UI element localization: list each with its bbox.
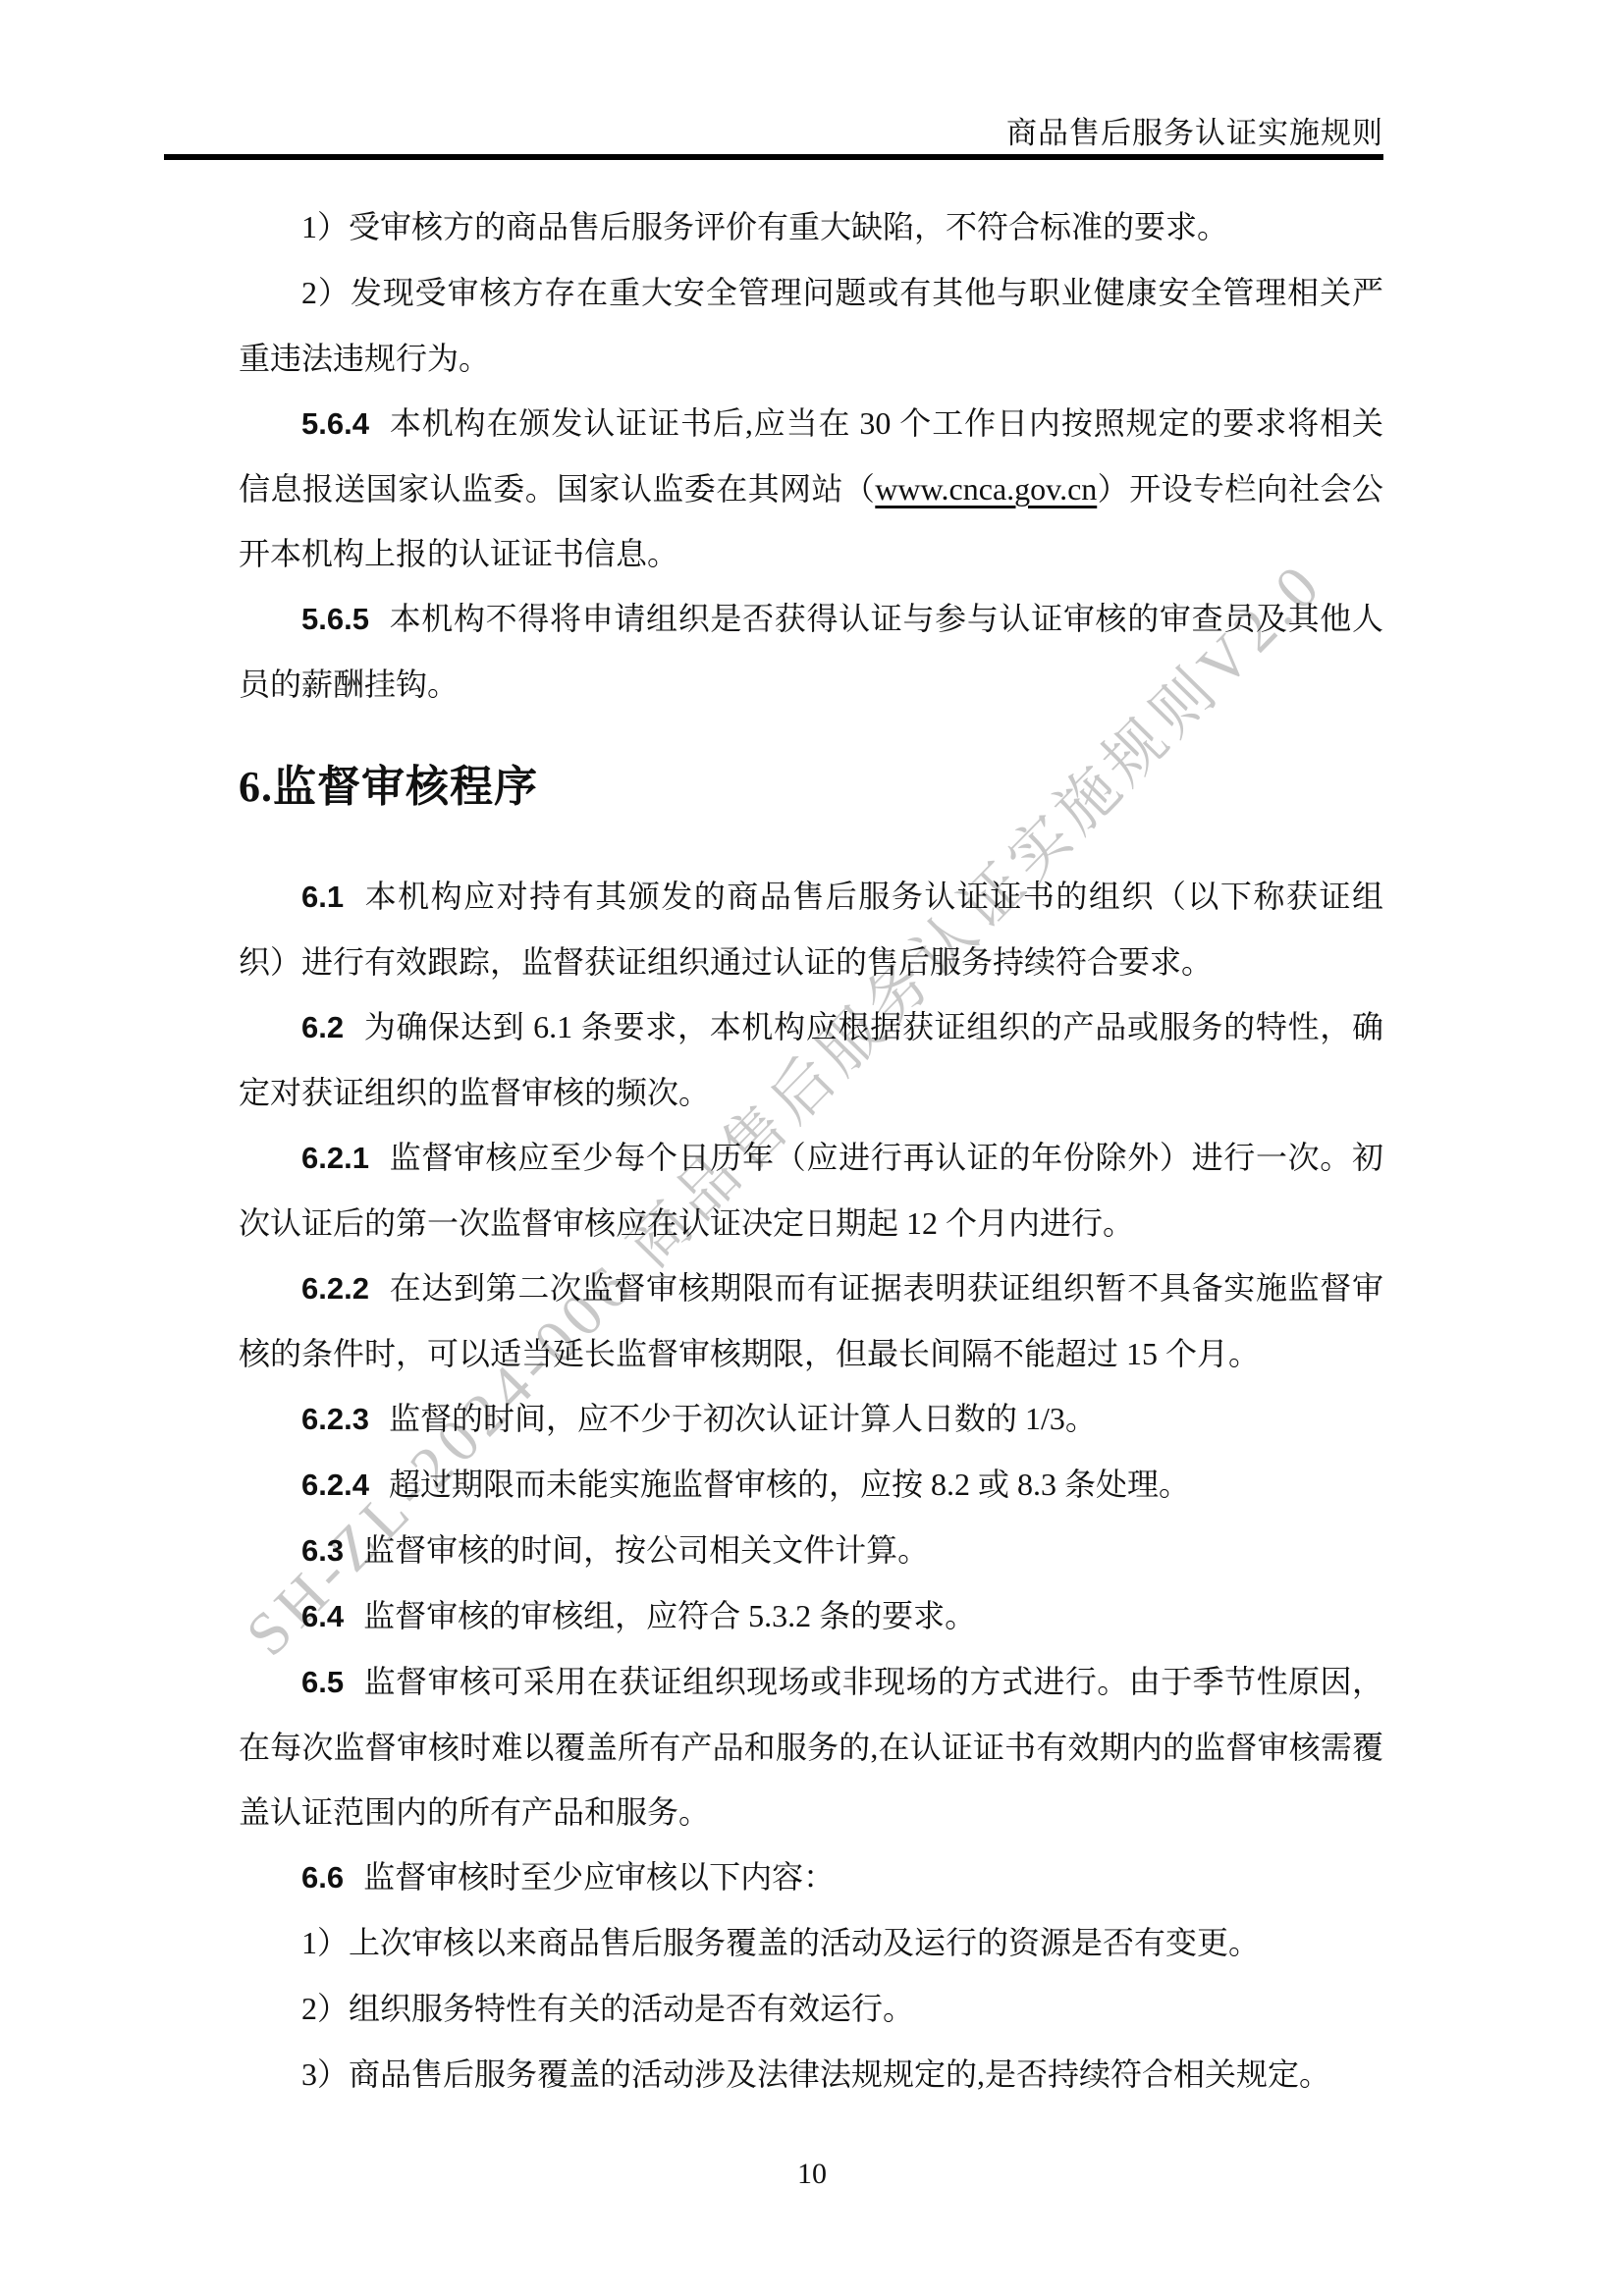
paragraph: 6.2.2 在达到第二次监督审核期限而有证据表明获证组织暂不具备实施监督审核的条… [239, 1255, 1383, 1386]
paragraph: 2）发现受审核方存在重大安全管理问题或有其他与职业健康安全管理相关严重违法违规行… [239, 260, 1383, 391]
clause-number: 6.2.4 [301, 1468, 369, 1502]
paragraph-text: 在达到第二次监督审核期限而有证据表明获证组织暂不具备实施监督审核的条件时，可以适… [239, 1270, 1383, 1371]
paragraph: 6.6 监督审核时至少应审核以下内容： [239, 1844, 1383, 1910]
clause-number: 6.6 [301, 1860, 344, 1895]
clause-number: 6.4 [301, 1599, 344, 1633]
paragraph: 1）上次审核以来商品售后服务覆盖的活动及运行的资源是否有变更。 [239, 1910, 1383, 1976]
paragraph: 1）受审核方的商品售后服务评价有重大缺陷，不符合标准的要求。 [239, 194, 1383, 260]
paragraph-text: 监督的时间，应不少于初次认证计算人日数的 1/3。 [381, 1401, 1097, 1436]
paragraph: 6.4 监督审核的审核组，应符合 5.3.2 条的要求。 [239, 1583, 1383, 1649]
clause-number: 5.6.4 [301, 406, 369, 441]
paragraph-text: 监督审核的审核组，应符合 5.3.2 条的要求。 [355, 1598, 976, 1633]
clause-number: 6.2.3 [301, 1402, 369, 1436]
header-rule [164, 154, 1383, 160]
paragraph-text: 为确保达到 6.1 条要求，本机构应根据获证组织的产品或服务的特性，确定对获证组… [239, 1009, 1383, 1110]
paragraph-text: 2）组织服务特性有关的活动是否有效运行。 [301, 1991, 914, 2026]
clause-number: 6.3 [301, 1533, 344, 1568]
paragraph-text: 1）上次审核以来商品售后服务覆盖的活动及运行的资源是否有变更。 [301, 1925, 1260, 1960]
paragraph-text: 监督审核可采用在获证组织现场或非现场的方式进行。由于季节性原因，在每次监督审核时… [239, 1664, 1383, 1830]
paragraph: 6.2 为确保达到 6.1 条要求，本机构应根据获证组织的产品或服务的特性，确定… [239, 994, 1383, 1125]
paragraph-text: 超过期限而未能实施监督审核的，应按 8.2 或 8.3 条处理。 [381, 1467, 1190, 1502]
paragraph: 6.2.4 超过期限而未能实施监督审核的，应按 8.2 或 8.3 条处理。 [239, 1452, 1383, 1518]
paragraph-text: 本机构应对持有其颁发的商品售后服务认证证书的组织（以下称获证组织）进行有效跟踪，… [239, 879, 1383, 980]
paragraph: 6.1 本机构应对持有其颁发的商品售后服务认证证书的组织（以下称获证组织）进行有… [239, 864, 1383, 994]
clause-number: 6.2.2 [301, 1271, 369, 1306]
paragraph: 6.2.1 监督审核应至少每个日历年（应进行再认证的年份除外）进行一次。初次认证… [239, 1125, 1383, 1255]
cnca-website-link[interactable]: www.cnca.gov.cn [875, 471, 1097, 507]
clause-number: 5.6.5 [301, 602, 369, 636]
paragraph-text: 监督审核应至少每个日历年（应进行再认证的年份除外）进行一次。初次认证后的第一次监… [239, 1140, 1383, 1241]
paragraph-text: 2）发现受审核方存在重大安全管理问题或有其他与职业健康安全管理相关严重违法违规行… [239, 275, 1383, 376]
paragraph: 2）组织服务特性有关的活动是否有效运行。 [239, 1976, 1383, 2042]
paragraph-text: 1）受审核方的商品售后服务评价有重大缺陷，不符合标准的要求。 [301, 209, 1228, 244]
paragraph: 6.5 监督审核可采用在获证组织现场或非现场的方式进行。由于季节性原因，在每次监… [239, 1649, 1383, 1844]
footer-page-number: 10 [0, 2158, 1624, 2191]
section-heading: 6.监督审核程序 [239, 752, 1383, 823]
paragraph: 6.2.3 监督的时间，应不少于初次认证计算人日数的 1/3。 [239, 1386, 1383, 1452]
paragraph-text: 监督审核的时间，按公司相关文件计算。 [355, 1532, 929, 1568]
page-header-title: 商品售后服务认证实施规则 [1006, 108, 1383, 152]
paragraph: 5.6.4 本机构在颁发认证证书后,应当在 30 个工作日内按照规定的要求将相关… [239, 391, 1383, 586]
paragraph-text: 本机构不得将申请组织是否获得认证与参与认证审核的审查员及其他人员的薪酬挂钩。 [239, 601, 1383, 702]
paragraph-text: 3）商品售后服务覆盖的活动涉及法律法规规定的,是否持续符合相关规定。 [301, 2056, 1330, 2092]
clause-number: 6.2.1 [301, 1141, 369, 1175]
clause-number: 6.2 [301, 1010, 344, 1044]
document-page: { "header": { "title": "商品售后服务认证实施规则" },… [0, 0, 1624, 2296]
clause-number: 6.1 [301, 880, 344, 914]
paragraph: 6.3 监督审核的时间，按公司相关文件计算。 [239, 1518, 1383, 1583]
paragraph-text: 监督审核时至少应审核以下内容： [355, 1859, 835, 1895]
paragraph: 3）商品售后服务覆盖的活动涉及法律法规规定的,是否持续符合相关规定。 [239, 2042, 1383, 2108]
clause-number: 6.5 [301, 1665, 344, 1699]
paragraph: 5.6.5 本机构不得将申请组织是否获得认证与参与认证审核的审查员及其他人员的薪… [239, 586, 1383, 717]
document-body: 1）受审核方的商品售后服务评价有重大缺陷，不符合标准的要求。 2）发现受审核方存… [239, 194, 1383, 2108]
